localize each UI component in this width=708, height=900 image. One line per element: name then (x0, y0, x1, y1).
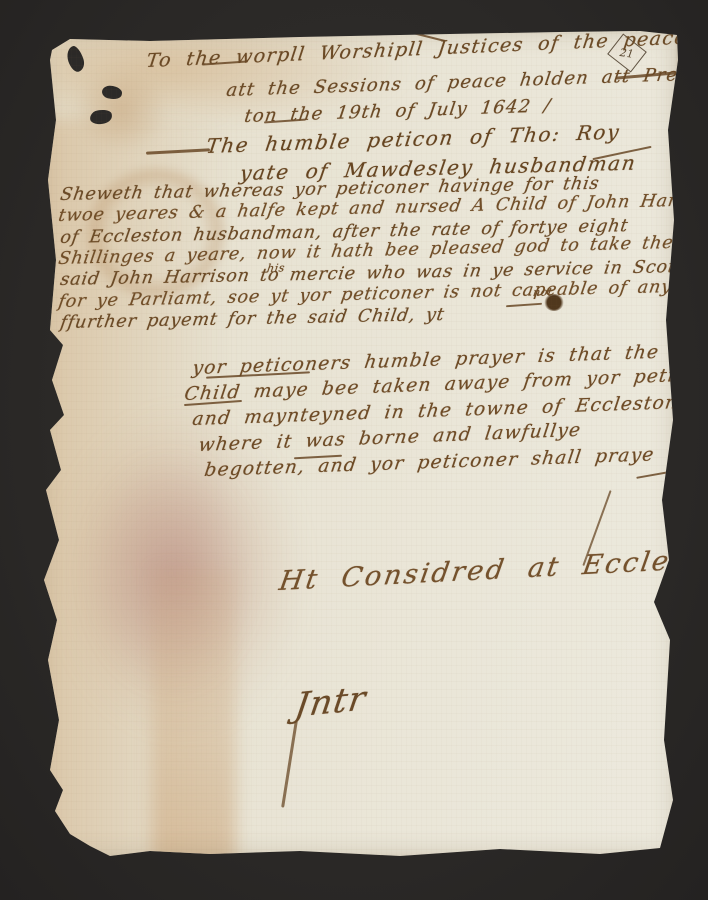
worm-hole (64, 44, 86, 73)
dash-flourish (146, 148, 210, 154)
superscript-his: his (266, 261, 286, 275)
manuscript-paper: 21 To the worpll Worshipll Justices of t… (36, 28, 678, 858)
stain-blob-outer (54, 406, 306, 738)
header-line-1: To the worpll Worshipll Justices of the … (145, 27, 688, 72)
descender-tail (281, 720, 297, 807)
ink-blot (544, 294, 564, 311)
endorsement-line: Ht Considred at Eccleston (277, 542, 708, 597)
worm-hole (89, 109, 112, 125)
clerk-mark: Jntr (292, 679, 369, 726)
strike-mark (506, 303, 542, 308)
stain-hole-halo (74, 68, 169, 153)
photograph-background: 21 To the worpll Worshipll Justices of t… (0, 0, 708, 900)
header-line-2: att the Sessions of peace holden att Pre… (225, 64, 699, 101)
stain-blob-core (81, 448, 261, 698)
header-line-3: ton the 19th of July 1642 / (243, 95, 553, 127)
tail-flourish (636, 467, 691, 479)
worm-hole (101, 84, 123, 101)
stain-bottom-strip (152, 568, 236, 863)
